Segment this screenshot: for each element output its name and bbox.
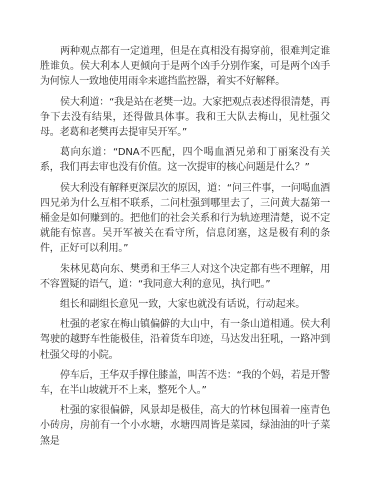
- paragraph: 侯大利没有解释更深层次的原因，道：“问三件事，一问喝血酒四兄弟为什么互相不联系，…: [40, 181, 330, 257]
- paragraph: 侯大利道：“我是站在老樊一边。大家把观点表述得很清楚，再争下去没有结果，还得做具…: [40, 95, 330, 141]
- paragraph: 朱林见葛向东、樊勇和王华三人对这个决定都有些不理解，用不容置疑的语气，道：“我同…: [40, 262, 330, 292]
- text-area: 两种观点都有一定道理，但是在真相没有揭穿前，很难判定谁胜谁负。侯大利本人更倾向于…: [40, 44, 330, 449]
- paragraph: 停车后，王华双手撑住膝盖，叫苦不迭：“我的个妈，若是开警车，在半山坡就开不上来，…: [40, 368, 330, 398]
- paragraph: 葛向东道：“DNA不匹配，四个喝血酒兄弟和丁丽案没有关系，我们再去审也没有价值。…: [40, 145, 330, 175]
- paragraph: 杜强的老家在梅山镇偏僻的大山中，有一条山道相通。侯大利驾驶的越野车性能极佳，沿着…: [40, 317, 330, 363]
- reader-page[interactable]: 两种观点都有一定道理，但是在真相没有揭穿前，很难判定谁胜谁负。侯大利本人更倾向于…: [0, 0, 370, 480]
- paragraph: 两种观点都有一定道理，但是在真相没有揭穿前，很难判定谁胜谁负。侯大利本人更倾向于…: [40, 44, 330, 90]
- paragraph: 组长和副组长意见一致，大家也就没有话说，行动起来。: [40, 297, 330, 312]
- paragraph: 杜强的家很偏僻，风景却是极佳，高大的竹林包围着一座青色小砖房，房前有一个小水塘，…: [40, 403, 330, 449]
